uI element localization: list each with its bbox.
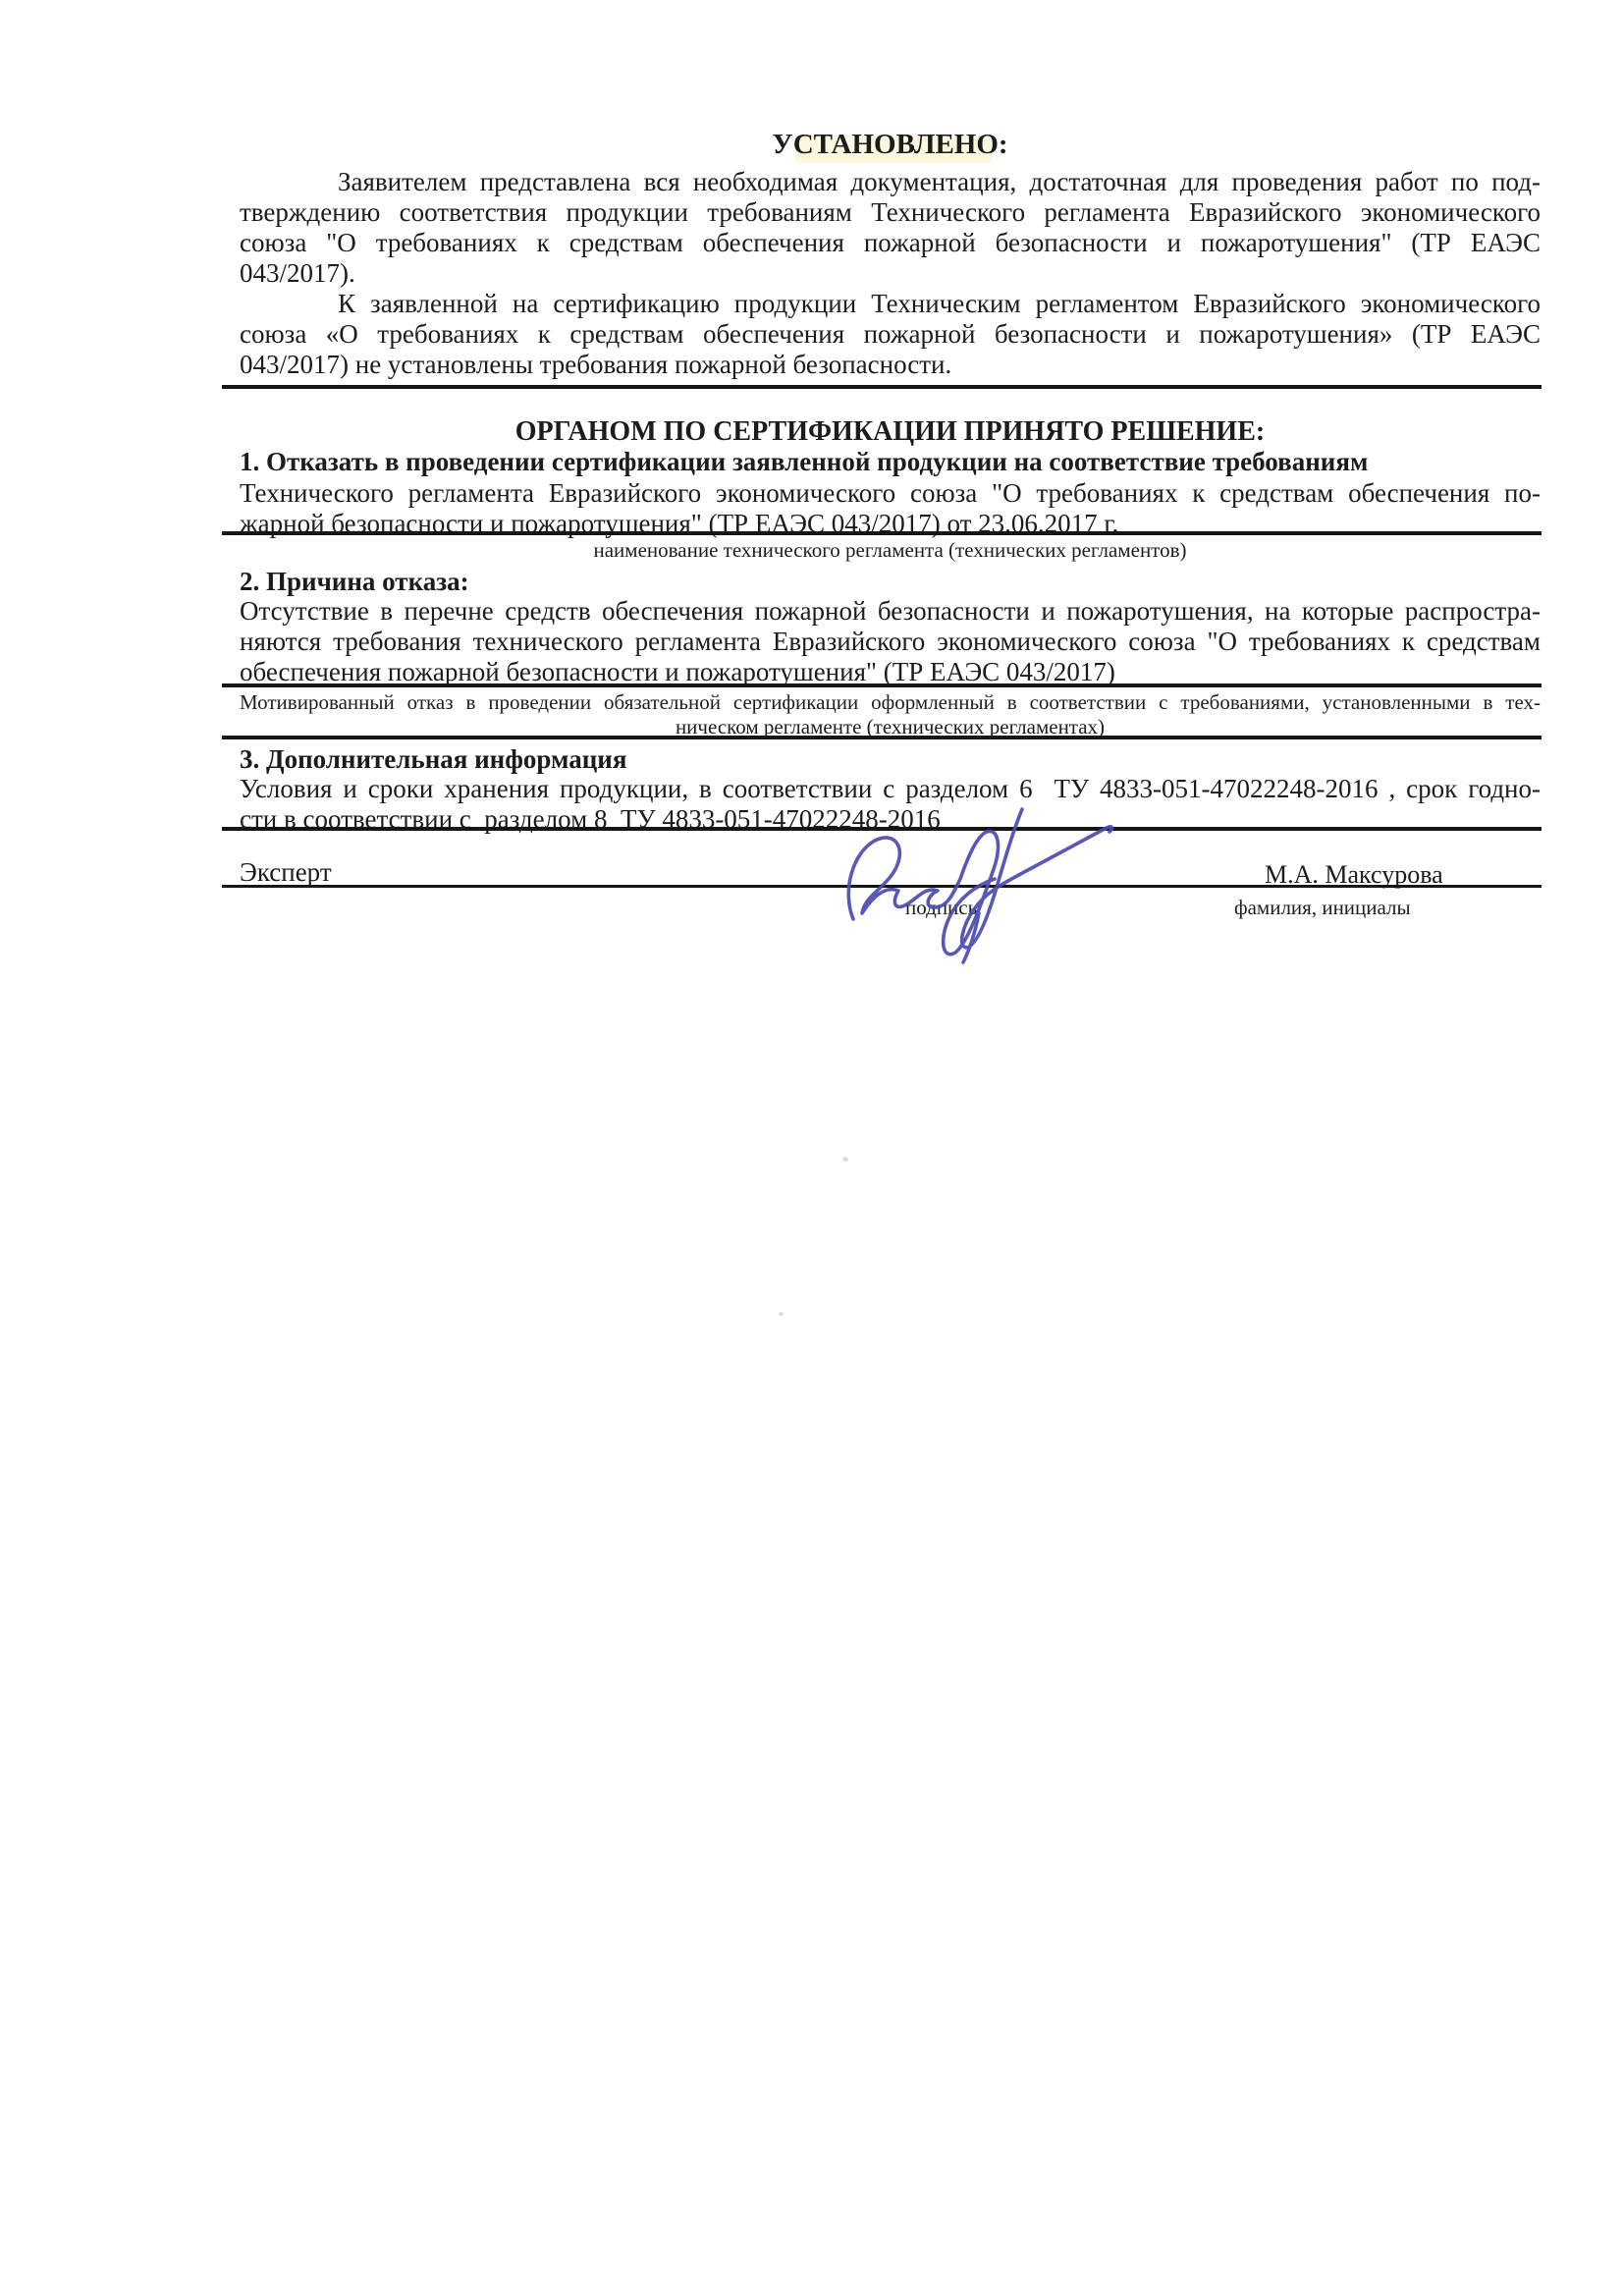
established-paragraph2-line: союза «О требованиях к средствам обеспеч… bbox=[240, 319, 1541, 350]
signature-ink bbox=[830, 795, 1124, 967]
established-paragraph2-line: 043/2017) не установлены требования пожа… bbox=[240, 350, 1541, 380]
decision-item2-line: Отсутствие в перечне средств обеспечения… bbox=[240, 596, 1541, 627]
horizontal-rule bbox=[222, 736, 1542, 739]
horizontal-rule bbox=[222, 385, 1542, 389]
established-paragraph1-line: Заявителем представлена вся необходимая … bbox=[240, 167, 1541, 197]
scanned-document-page: УСТАНОВЛЕНО: Заявителем представлена вся… bbox=[0, 0, 1623, 2296]
decision-item1-line: Технического регламента Евразийского эко… bbox=[240, 478, 1541, 509]
scan-speck bbox=[779, 1312, 784, 1316]
expert-role-label: Эксперт bbox=[240, 857, 332, 887]
scan-speck bbox=[842, 1157, 848, 1162]
established-heading: УСТАНОВЛЕНО: bbox=[240, 129, 1541, 161]
established-paragraph1-line: 043/2017). bbox=[240, 258, 1541, 289]
established-paragraph1-line: тверждению соответствия продукции требов… bbox=[240, 197, 1541, 228]
decision-item3-title: 3. Дополнительная информация bbox=[240, 744, 1541, 775]
established-paragraph2-line: К заявленной на сертификацию продукции Т… bbox=[240, 289, 1541, 319]
decision-heading: ОРГАНОМ ПО СЕРТИФИКАЦИИ ПРИНЯТО РЕШЕНИЕ: bbox=[240, 415, 1541, 448]
horizontal-rule bbox=[222, 683, 1542, 687]
decision-item1-title: 1. Отказать в проведении сертификации за… bbox=[240, 447, 1541, 477]
refusal-caption-line: Мотивированный отказ в проведении обязат… bbox=[240, 690, 1541, 715]
decision-item2-title: 2. Причина отказа: bbox=[240, 567, 1541, 597]
horizontal-rule bbox=[222, 531, 1542, 535]
name-caption: фамилия, инициалы bbox=[1234, 896, 1411, 920]
regulation-name-caption: наименование технического регламента (те… bbox=[240, 538, 1541, 563]
decision-item2-line: няются требования технического регламент… bbox=[240, 627, 1541, 657]
established-paragraph1-line: союза "О требованиях к средствам обеспеч… bbox=[240, 228, 1541, 258]
